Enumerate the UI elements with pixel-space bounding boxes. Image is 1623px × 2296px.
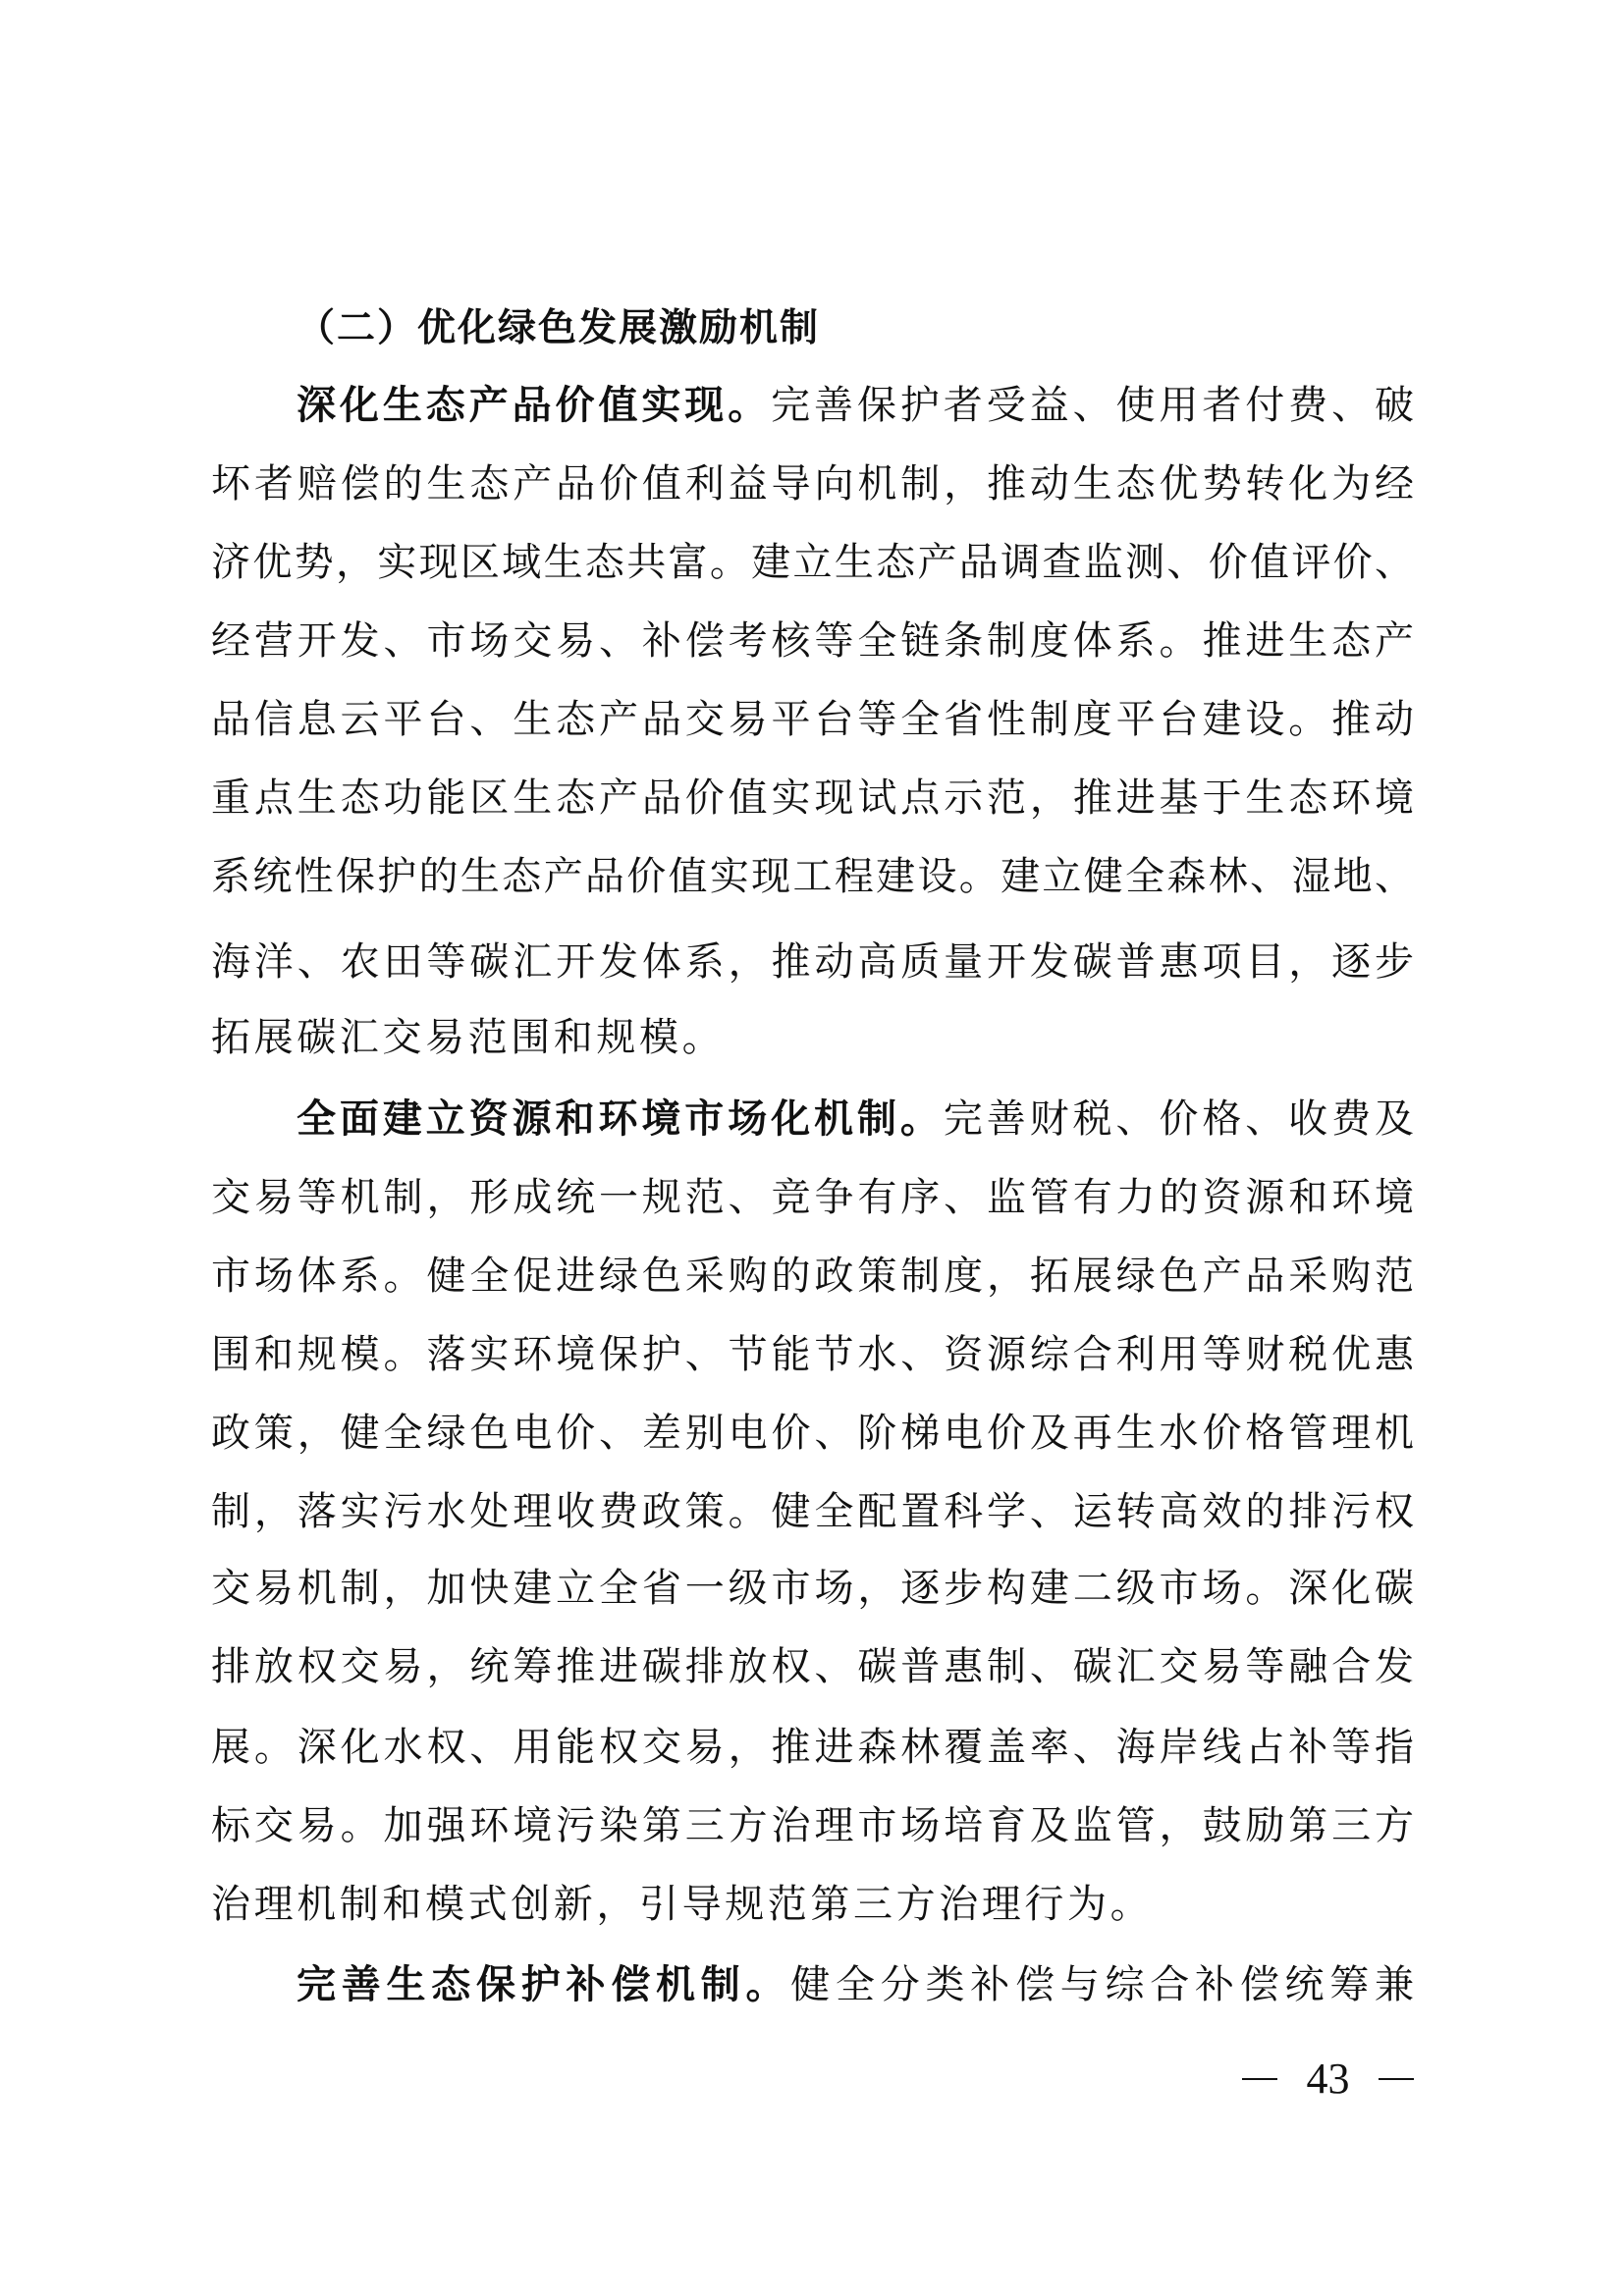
paragraph-line: 交易机制，加快建立全省一级市场，逐步构建二级市场。深化碳 <box>211 1549 1414 1628</box>
paragraph-line: 拓展碳汇交易范围和规模。 <box>211 998 1414 1077</box>
paragraph-line: 治理机制和模式创新，引导规范第三方治理行为。 <box>211 1865 1414 1944</box>
paragraph-line: 制，落实污水处理收费政策。健全配置科学、运转高效的排污权 <box>211 1472 1414 1551</box>
paragraph-2-text: 完善财税、价格、收费及 <box>944 1096 1414 1142</box>
paragraph-line: 经营开发、市场交易、补偿考核等全链条制度体系。推进生态产 <box>211 602 1414 680</box>
paragraph-2-lead: 全面建立资源和环境市场化机制。 <box>297 1096 944 1142</box>
paragraph-1-lead: 深化生态产品价值实现。 <box>297 383 771 428</box>
paragraph-line: 政策，健全绿色电价、差别电价、阶梯电价及再生水价格管理机 <box>211 1394 1414 1472</box>
paragraph-1-line-1: 深化生态产品价值实现。完善保护者受益、使用者付费、破 <box>297 366 1414 445</box>
paragraph-line: 海洋、农田等碳汇开发体系，推动高质量开发碳普惠项目，逐步 <box>211 923 1414 1001</box>
dash-left <box>1242 2078 1277 2080</box>
paragraph-line: 系统性保护的生态产品价值实现工程建设。建立健全森林、湿地、 <box>211 837 1414 916</box>
page-number: 43 <box>1307 2052 1350 2107</box>
paragraph-line: 围和规模。落实环境保护、节能节水、资源综合利用等财税优惠 <box>211 1315 1414 1394</box>
paragraph-2-line-1: 全面建立资源和环境市场化机制。完善财税、价格、收费及 <box>297 1080 1414 1158</box>
dash-right <box>1379 2078 1414 2080</box>
paragraph-line: 重点生态功能区生态产品价值实现试点示范，推进基于生态环境 <box>211 759 1414 837</box>
paragraph-line: 济优势，实现区域生态共富。建立生态产品调查监测、价值评价、 <box>211 523 1414 602</box>
paragraph-line: 排放权交易，统筹推进碳排放权、碳普惠制、碳汇交易等融合发 <box>211 1628 1414 1706</box>
document-page: （二）优化绿色发展激励机制 深化生态产品价值实现。完善保护者受益、使用者付费、破… <box>0 0 1623 2296</box>
paragraph-line: 展。深化水权、用能权交易，推进森林覆盖率、海岸线占补等指 <box>211 1708 1414 1787</box>
section-heading: （二）优化绿色发展激励机制 <box>297 290 1414 368</box>
paragraph-line: 品信息云平台、生态产品交易平台等全省性制度平台建设。推动 <box>211 680 1414 759</box>
paragraph-line: 坏者赔偿的生态产品价值利益导向机制，推动生态优势转化为经 <box>211 445 1414 523</box>
page-number-footer: 43 <box>1242 2052 1414 2107</box>
paragraph-3-lead: 完善生态保护补偿机制。 <box>297 1962 790 2007</box>
paragraph-3-line-1: 完善生态保护补偿机制。健全分类补偿与综合补偿统筹兼 <box>297 1946 1414 2024</box>
paragraph-3-text: 健全分类补偿与综合补偿统筹兼 <box>790 1962 1414 2007</box>
paragraph-1-text: 完善保护者受益、使用者付费、破 <box>771 383 1414 428</box>
paragraph-line: 标交易。加强环境污染第三方治理市场培育及监管，鼓励第三方 <box>211 1787 1414 1865</box>
paragraph-line: 市场体系。健全促进绿色采购的政策制度，拓展绿色产品采购范 <box>211 1237 1414 1315</box>
paragraph-line: 交易等机制，形成统一规范、竞争有序、监管有力的资源和环境 <box>211 1158 1414 1237</box>
